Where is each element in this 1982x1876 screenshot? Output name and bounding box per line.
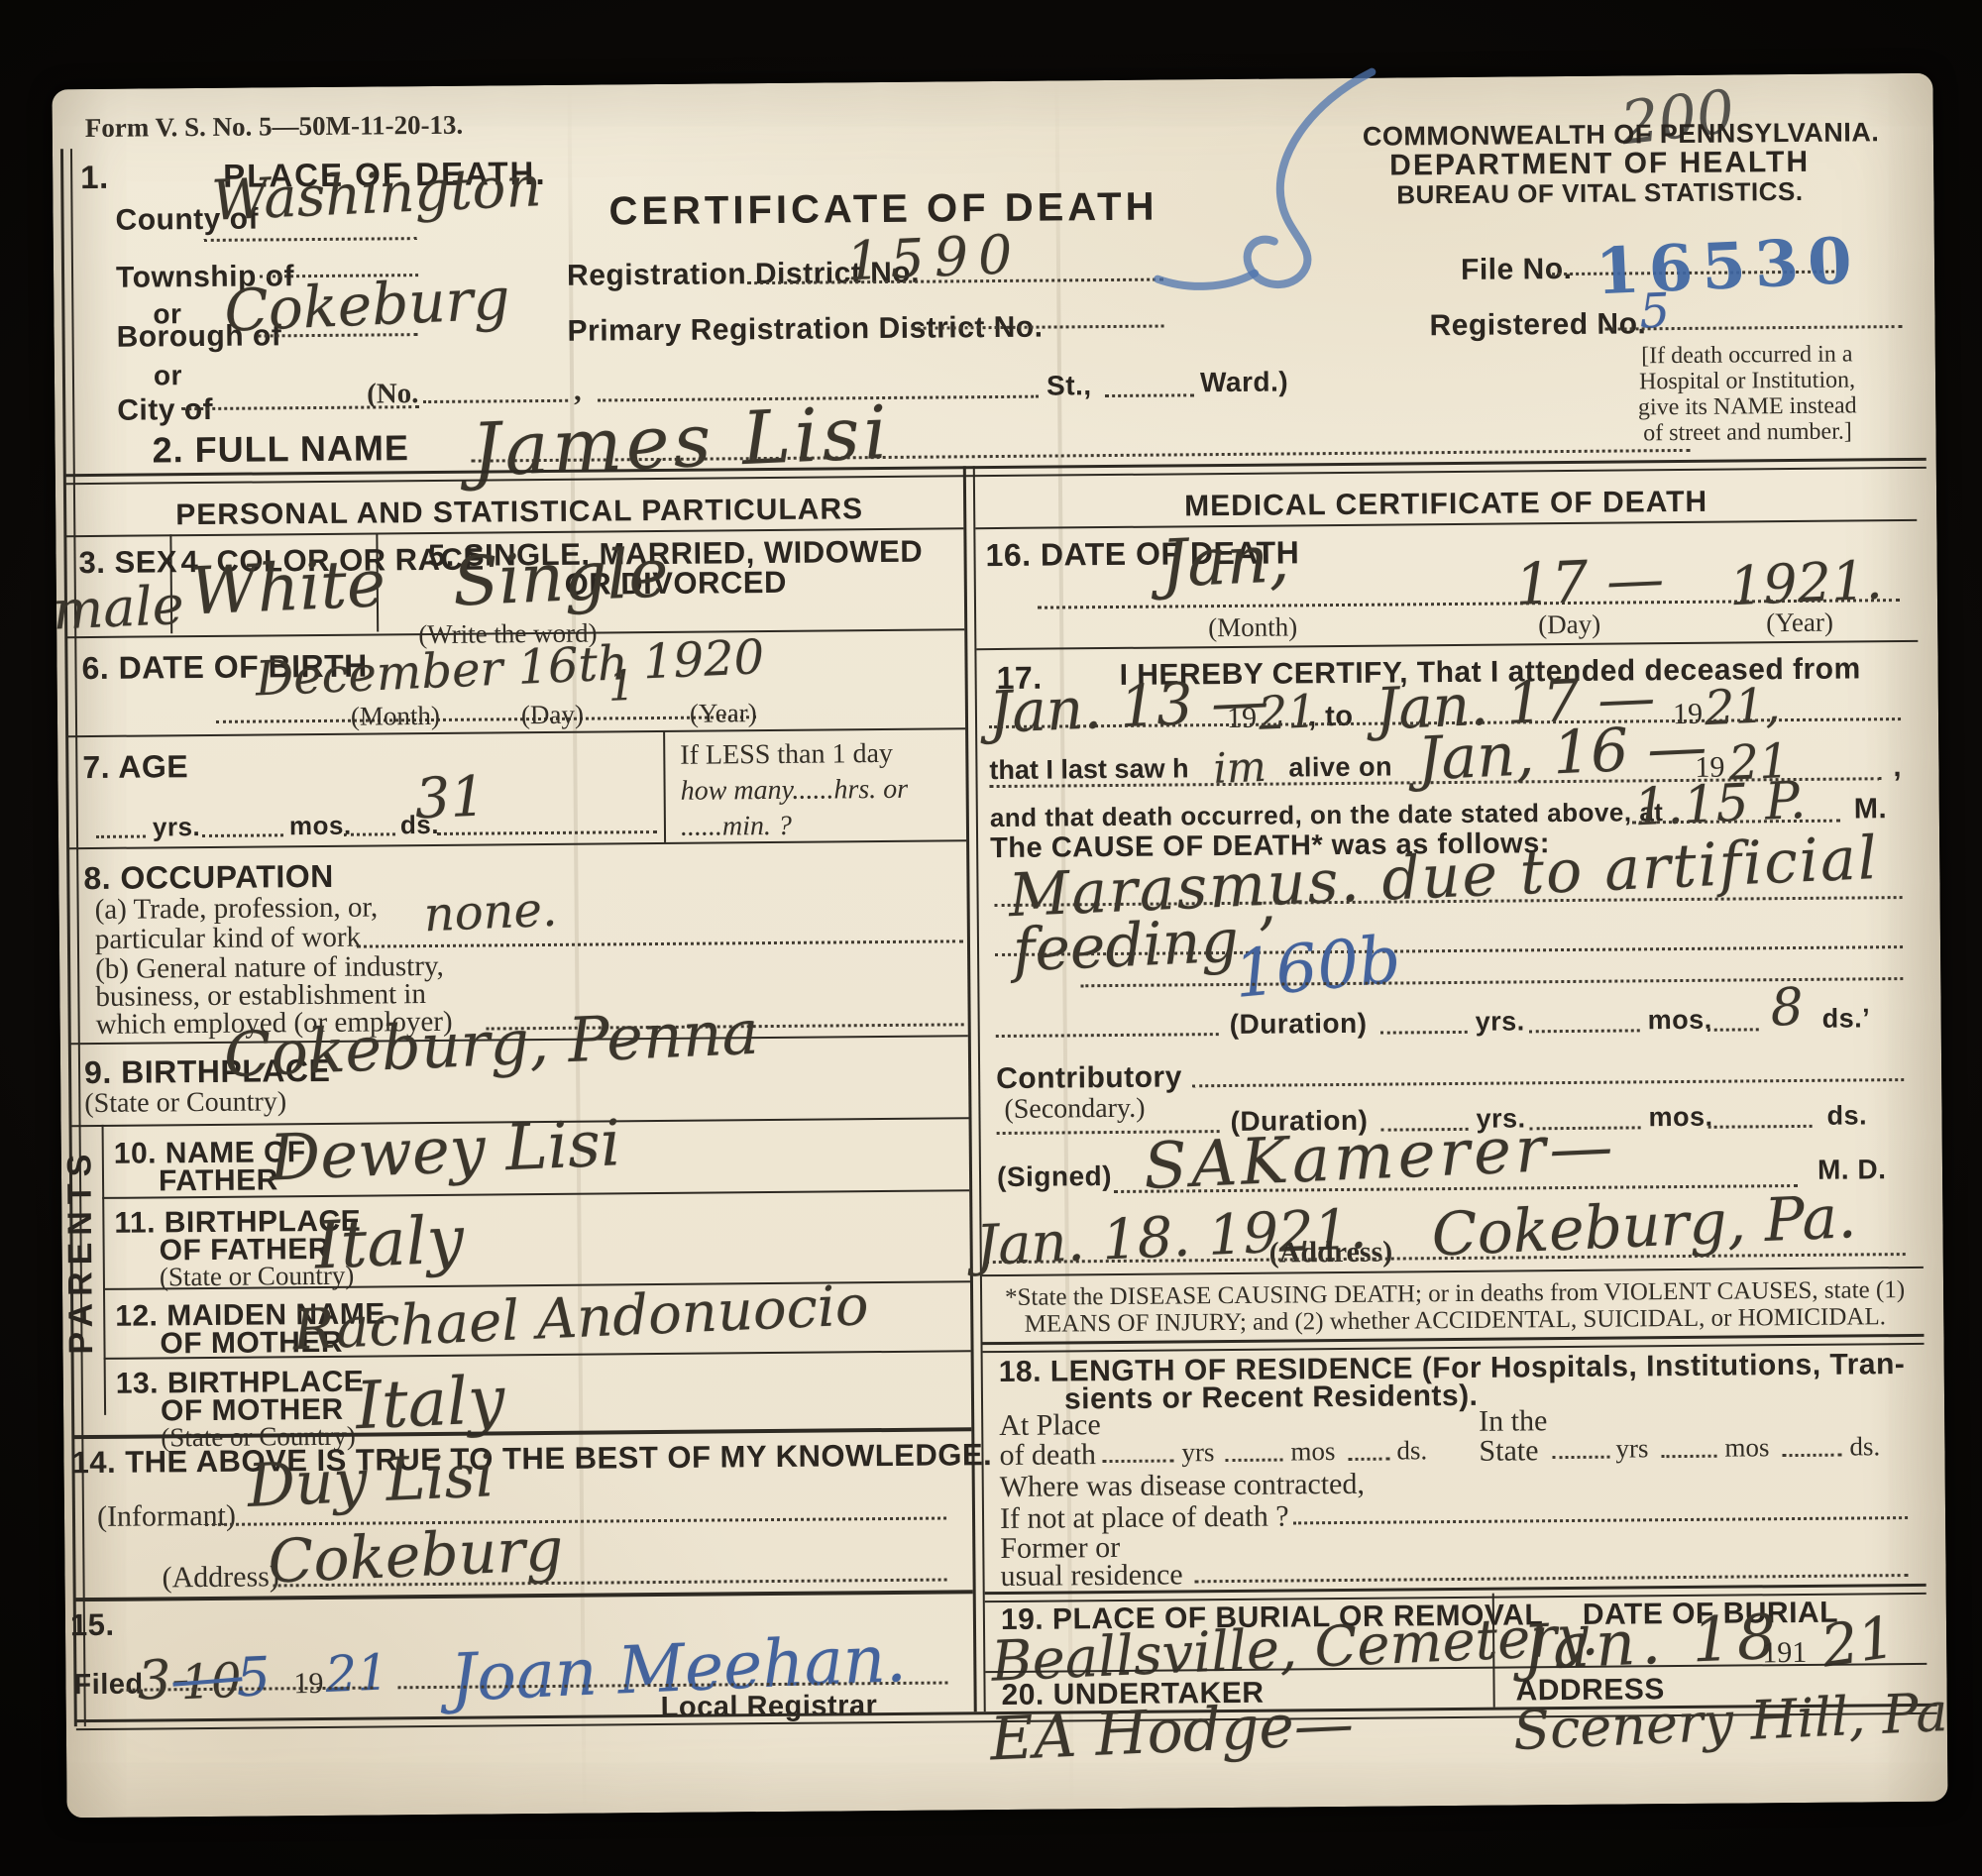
- state-or-country-hint: (State or Country): [84, 1086, 286, 1120]
- sex-handwritten-value: male: [52, 574, 185, 642]
- undertaker-name-handwritten: EA Hodge—: [989, 1690, 1356, 1775]
- dotted-line: [437, 830, 657, 835]
- year-hint: (Year): [690, 698, 757, 729]
- city-label: City of: [117, 393, 213, 428]
- hospital-note-line4: of street and number.]: [1589, 418, 1906, 448]
- secondary-hint: (Secondary.): [1004, 1093, 1145, 1126]
- comma-glyph: ,: [1893, 751, 1902, 784]
- age-days-handwritten-value: 31: [413, 764, 487, 831]
- burial-date-handwritten: Jan. 18: [1521, 1600, 1784, 1684]
- dotted-line: [1103, 1459, 1174, 1463]
- month-hint: (Month): [1208, 611, 1297, 643]
- marital-handwritten-value: Single: [451, 534, 670, 621]
- residence-ds-label: ds.: [1396, 1435, 1427, 1466]
- dotted-line: [1349, 1458, 1390, 1461]
- dotted-line: [96, 835, 146, 838]
- race-handwritten-value: White: [188, 545, 386, 630]
- parents-strip-divider: [102, 1125, 107, 1415]
- age-less-line2: how many......hrs. or: [680, 774, 908, 808]
- personal-particulars-title: PERSONAL AND STATISTICAL PARTICULARS: [83, 492, 955, 533]
- year-21-handwritten: 21,: [1704, 678, 1782, 736]
- duration2-ds-label: ds.: [1826, 1100, 1867, 1131]
- dod-month-handwritten: Jan,: [1159, 520, 1291, 603]
- street-no-label: (No.: [367, 378, 419, 410]
- occupation-handwritten-value: none.: [423, 882, 559, 943]
- death-occurred-label: and that death occurred, on the date sta…: [990, 797, 1664, 833]
- or-label: or: [154, 360, 182, 391]
- dotted-line: [1708, 1125, 1813, 1129]
- in-state-label-line2: State: [1479, 1434, 1538, 1469]
- filed-date-part2: 5: [235, 1645, 272, 1709]
- dotted-line: [1226, 1459, 1283, 1463]
- street-label: St.,: [1046, 370, 1092, 401]
- column-divider-rule: [963, 466, 986, 1711]
- father-birthplace-handwritten-value: Italy: [313, 1201, 466, 1283]
- dotted-line: [1380, 1031, 1468, 1035]
- dotted-line: [1783, 1454, 1842, 1458]
- photograph-background: { "colors": {"paper":"#f1ead8","ink":"#2…: [0, 0, 1982, 1876]
- dotted-line: [423, 399, 568, 403]
- dotted-line: [1553, 1456, 1610, 1460]
- certificate-title: CERTIFICATE OF DEATH: [606, 185, 1160, 235]
- father-name-label-line2: FATHER: [159, 1163, 278, 1198]
- dotted-line: [1195, 1574, 1909, 1583]
- dob-stray-digit: 1: [607, 661, 636, 711]
- year-hint: (Year): [1766, 607, 1833, 639]
- rule: [67, 727, 965, 737]
- address-label: (Address): [1269, 1236, 1393, 1270]
- filed-printed-year: 19: [293, 1667, 323, 1701]
- file-no-label: File No.: [1461, 253, 1573, 287]
- blue-crayon-mark: [1142, 62, 1386, 312]
- age-less-line1: If LESS than 1 day: [680, 738, 893, 772]
- burial-year-handwritten: 21: [1817, 1602, 1900, 1680]
- state-yrs-label: yrs: [1615, 1433, 1648, 1464]
- hospital-note-line1: [If death occurred in a: [1589, 341, 1906, 371]
- age-less-line3: ......min. ?: [681, 811, 792, 843]
- father-name-handwritten-value: Dewey Lisi: [268, 1107, 622, 1195]
- full-name-label: 2. FULL NAME: [152, 427, 409, 471]
- dotted-line: [202, 833, 283, 837]
- death-certificate-document: Form V. S. No. 5—50M-11-20-13. 1. PLACE …: [52, 73, 1947, 1818]
- duration-days-handwritten: 8: [1769, 977, 1805, 1038]
- file-no-stamp-value: 16530: [1595, 224, 1863, 310]
- ward-label: Ward.): [1200, 366, 1288, 398]
- dotted-line: [1192, 1078, 1904, 1087]
- printed-19: 19: [1227, 702, 1257, 735]
- section1-number: 1.: [80, 159, 109, 196]
- age-mos-label: mos.: [289, 811, 352, 842]
- last-saw-label: that I last saw h: [989, 753, 1188, 786]
- month-hint: (Month): [351, 701, 440, 732]
- truth-statement-label: 14. THE ABOVE IS TRUE TO THE BEST OF MY …: [71, 1437, 992, 1481]
- medical-certificate-title: MEDICAL CERTIFICATE OF DEATH: [975, 484, 1917, 525]
- section15-number: 15.: [70, 1607, 115, 1643]
- dotted-line: [996, 1033, 1219, 1038]
- meridiem-label: M.: [1854, 793, 1888, 826]
- state-mos-label: mos: [1724, 1432, 1769, 1463]
- signed-label: (Signed): [997, 1160, 1112, 1193]
- contributory-label: Contributory: [996, 1060, 1182, 1096]
- age-yrs-label: yrs.: [153, 812, 201, 842]
- informant-address-label: (Address): [162, 1560, 279, 1595]
- registered-no-label: Registered No.: [1429, 307, 1646, 343]
- parents-vertical-label: PARENTS: [61, 1185, 101, 1354]
- residence-yrs-label: yrs: [1181, 1437, 1214, 1468]
- duration-label: (Duration): [1230, 1008, 1368, 1041]
- informant-label: (Informant): [97, 1499, 236, 1534]
- dotted-line: [204, 237, 417, 242]
- disease-contracted-label-line2: If not at place of death ?: [1000, 1499, 1289, 1536]
- dotted-line: [216, 716, 756, 723]
- filed-year-handwritten: 21: [324, 1643, 389, 1704]
- age-label: 7. AGE: [82, 748, 188, 786]
- cell-divider: [663, 730, 666, 842]
- day-hint: (Day): [521, 700, 584, 731]
- dotted-line: [1293, 1516, 1908, 1524]
- at-place-label-line2: of death: [999, 1438, 1096, 1473]
- alive-on-label: alive on: [1288, 752, 1392, 784]
- county-handwritten-value: Washington: [210, 155, 543, 233]
- primary-registration-label: Primary Registration District No.: [567, 311, 1043, 349]
- agency-line3: BUREAU OF VITAL STATISTICS.: [1363, 176, 1836, 211]
- dotted-line: [344, 832, 395, 835]
- occupation-label: 8. OCCUPATION: [83, 858, 334, 897]
- dotted-line: [1529, 1029, 1640, 1033]
- residence-label-line2: sients or Recent Residents).: [1064, 1379, 1479, 1417]
- form-left-border: [60, 149, 86, 1726]
- filed-label: Filed: [73, 1669, 143, 1703]
- duration-mos-label: mos.: [1648, 1005, 1712, 1037]
- informant-handwritten-value: Duy Lisi: [246, 1441, 495, 1521]
- duration-ds-label: ds.’: [1822, 1003, 1871, 1034]
- form-number: Form V. S. No. 5—50M-11-20-13.: [85, 110, 464, 144]
- disease-contracted-label-line1: Where was disease contracted,: [1000, 1468, 1365, 1504]
- rule: [976, 640, 1918, 650]
- dod-day-handwritten: 17 —: [1513, 545, 1665, 618]
- dob-handwritten-value: December 16th 1920: [255, 629, 766, 707]
- day-hint: (Day): [1538, 609, 1600, 641]
- duration2-mos-label: mos.: [1648, 1102, 1712, 1134]
- dotted-line: [1105, 393, 1194, 397]
- to-label: , to: [1308, 701, 1354, 733]
- residence-mos-label: mos: [1290, 1436, 1335, 1467]
- md-label: M. D.: [1817, 1154, 1887, 1186]
- dotted-line: [1707, 1028, 1759, 1031]
- hospital-note-line3: give its NAME instead: [1589, 392, 1906, 422]
- state-ds-label: ds.: [1849, 1431, 1880, 1462]
- rule: [68, 839, 966, 849]
- cause-code-blue: 160b: [1231, 921, 1404, 1013]
- hospital-note-line2: Hospital or Institution,: [1589, 367, 1906, 396]
- former-residence-label-line2: usual residence: [1000, 1558, 1182, 1594]
- dotted-line: [1662, 1455, 1717, 1458]
- duration-yrs-label: yrs.: [1476, 1006, 1525, 1037]
